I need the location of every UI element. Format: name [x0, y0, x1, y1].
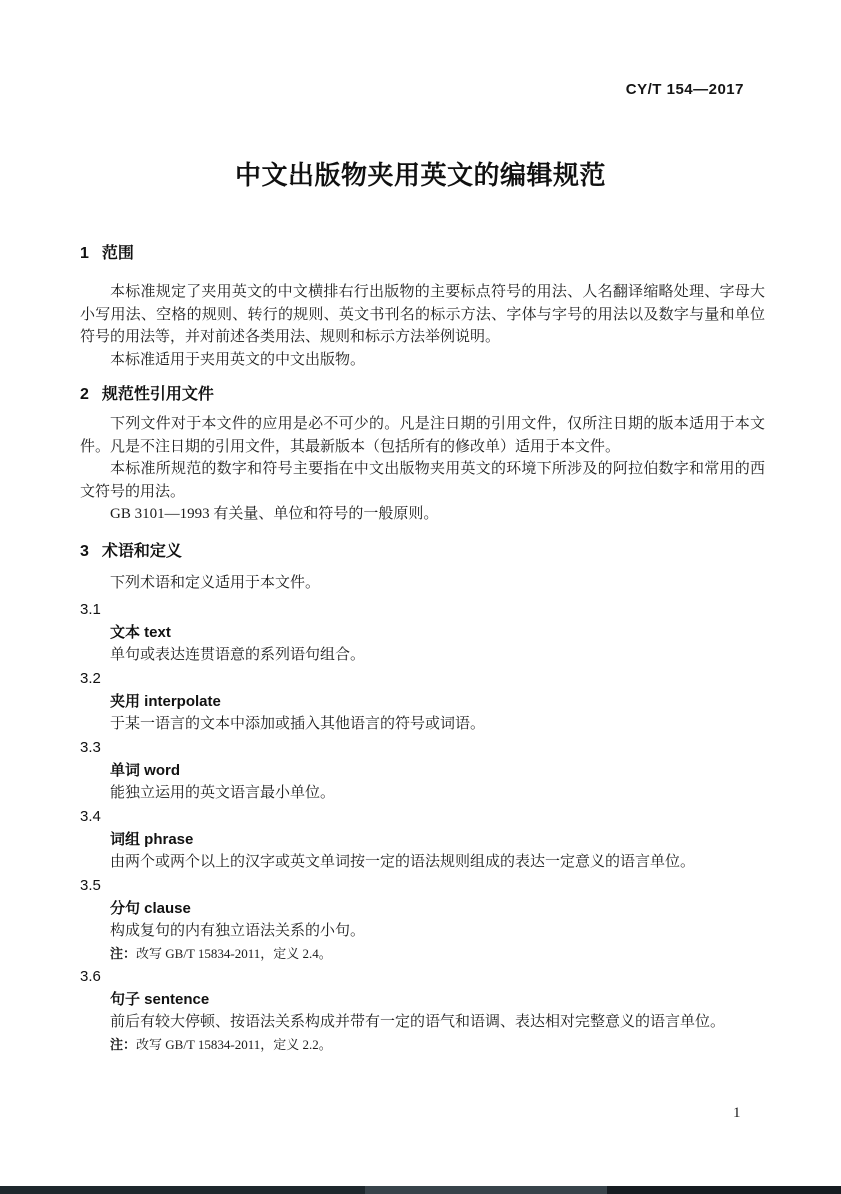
- paragraph-scope-2: 本标准适用于夹用英文的中文出版物。: [80, 349, 765, 372]
- term-entry-text: 3.1 文本 text 单句或表达连贯语意的系列语句组合。: [80, 598, 765, 667]
- section-number: 3: [80, 542, 89, 562]
- page-number: 1: [733, 1105, 741, 1122]
- scan-edge-segment: [607, 1186, 841, 1194]
- section-number: 2: [80, 385, 89, 405]
- term-number: 3.5: [80, 874, 765, 897]
- section-number: 1: [80, 244, 89, 264]
- scan-edge-segment: [0, 1186, 365, 1194]
- term-name: 文本 text: [80, 621, 765, 644]
- term-entry-sentence: 3.6 句子 sentence 前后有较大停顿、按语法关系构成并带有一定的语气和…: [80, 965, 765, 1056]
- section-heading-scope: 1范围: [80, 244, 765, 264]
- term-entry-phrase: 3.4 词组 phrase 由两个或两个以上的汉字或英文单词按一定的语法规则组成…: [80, 805, 765, 874]
- term-number: 3.6: [80, 965, 765, 988]
- section-heading-terms-definitions: 3术语和定义: [80, 542, 765, 562]
- term-note: 注：改写 GB/T 15834-2011，定义 2.4。: [80, 943, 765, 965]
- note-label: 注：: [110, 946, 136, 961]
- term-definition: 前后有较大停顿、按语法关系构成并带有一定的语气和语调、表达相对完整意义的语言单位…: [80, 1011, 765, 1034]
- paragraph-reference-gb3101: GB 3101—1993 有关量、单位和符号的一般原则。: [80, 503, 765, 526]
- scan-edge-segment: [365, 1186, 607, 1194]
- note-label: 注：: [110, 1037, 136, 1052]
- term-number: 3.2: [80, 667, 765, 690]
- scan-edge-artifact: [0, 1186, 841, 1194]
- standard-code: CY/T 154—2017: [626, 81, 744, 98]
- term-number: 3.3: [80, 736, 765, 759]
- paragraph-references-1: 下列文件对于本文件的应用是必不可少的。凡是注日期的引用文件，仅所注日期的版本适用…: [80, 413, 765, 458]
- term-number: 3.4: [80, 805, 765, 828]
- section-title: 规范性引用文件: [102, 386, 214, 403]
- term-name: 单词 word: [80, 759, 765, 782]
- document-title: 中文出版物夹用英文的编辑规范: [0, 155, 841, 192]
- term-number: 3.1: [80, 598, 765, 621]
- section-title: 范围: [102, 245, 134, 262]
- terms-intro: 下列术语和定义适用于本文件。: [80, 572, 765, 595]
- term-name: 句子 sentence: [80, 988, 765, 1011]
- term-definition: 于某一语言的文本中添加或插入其他语言的符号或词语。: [80, 713, 765, 736]
- term-name: 分句 clause: [80, 897, 765, 920]
- document-page: CY/T 154—2017 中文出版物夹用英文的编辑规范 1范围 本标准规定了夹…: [0, 0, 841, 1194]
- term-definition: 构成复句的内有独立语法关系的小句。: [80, 920, 765, 943]
- section-heading-normative-references: 2规范性引用文件: [80, 385, 765, 405]
- paragraph-references-2: 本标准所规范的数字和符号主要指在中文出版物夹用英文的环境下所涉及的阿拉伯数字和常…: [80, 458, 765, 503]
- term-definition: 由两个或两个以上的汉字或英文单词按一定的语法规则组成的表达一定意义的语言单位。: [80, 851, 765, 874]
- term-name: 夹用 interpolate: [80, 690, 765, 713]
- document-body: 1范围 本标准规定了夹用英文的中文横排右行出版物的主要标点符号的用法、人名翻译缩…: [80, 244, 765, 1056]
- note-text: 改写 GB/T 15834-2011，定义 2.4。: [136, 946, 332, 961]
- paragraph-scope-1: 本标准规定了夹用英文的中文横排右行出版物的主要标点符号的用法、人名翻译缩略处理、…: [80, 281, 765, 349]
- note-text: 改写 GB/T 15834-2011，定义 2.2。: [136, 1037, 332, 1052]
- term-entry-word: 3.3 单词 word 能独立运用的英文语言最小单位。: [80, 736, 765, 805]
- term-note: 注：改写 GB/T 15834-2011，定义 2.2。: [80, 1034, 765, 1056]
- term-entry-clause: 3.5 分句 clause 构成复句的内有独立语法关系的小句。 注：改写 GB/…: [80, 874, 765, 965]
- section-title: 术语和定义: [102, 543, 182, 560]
- term-entry-interpolate: 3.2 夹用 interpolate 于某一语言的文本中添加或插入其他语言的符号…: [80, 667, 765, 736]
- term-definition: 单句或表达连贯语意的系列语句组合。: [80, 644, 765, 667]
- term-definition: 能独立运用的英文语言最小单位。: [80, 782, 765, 805]
- term-name: 词组 phrase: [80, 828, 765, 851]
